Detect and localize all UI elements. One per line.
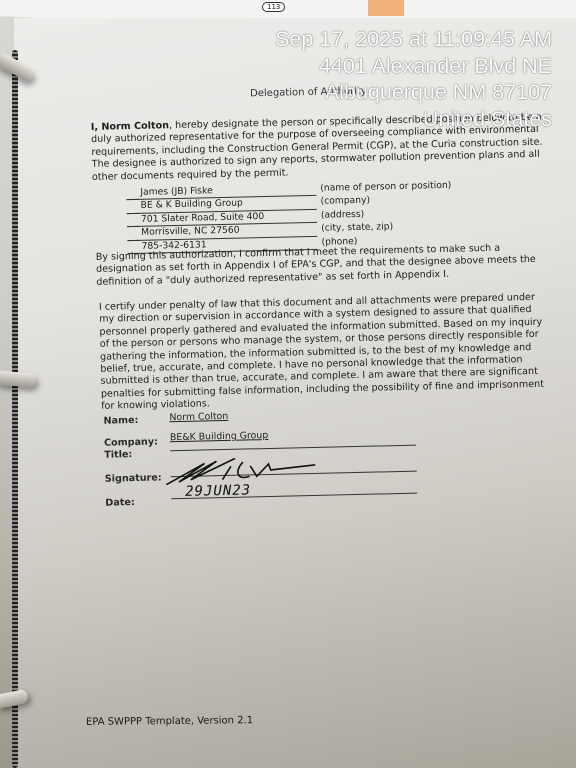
name-value: Norm Colton bbox=[169, 411, 228, 423]
address-line-1: 4401 Alexander Blvd NE bbox=[275, 53, 552, 80]
room-tag: 113 bbox=[262, 2, 285, 12]
designee-fields: James (JB) Fiske (name of person or posi… bbox=[126, 180, 452, 254]
floor-plan-lines bbox=[120, 0, 560, 19]
company-label: Company: bbox=[104, 437, 158, 449]
photo-timestamp-overlay: Sep 17, 2025 at 11:09:45 AM 4401 Alexand… bbox=[275, 26, 552, 132]
floor-plan-highlight bbox=[368, 0, 404, 16]
designee-address-label: (address) bbox=[317, 209, 365, 223]
name-label: Name: bbox=[103, 415, 138, 427]
certification-paragraph: I certify under penalty of law that this… bbox=[99, 292, 553, 414]
document-footer: EPA SWPPP Template, Version 2.1 bbox=[86, 715, 253, 728]
title-label: Title: bbox=[104, 449, 132, 461]
address-line-2: Albuquerque NM 87107 bbox=[275, 79, 552, 106]
designee-city-label: (city, state, zip) bbox=[317, 221, 393, 236]
designee-company-label: (company) bbox=[316, 195, 370, 210]
date-value: 29JUN23 bbox=[185, 482, 251, 499]
timestamp: Sep 17, 2025 at 11:09:45 AM bbox=[275, 26, 552, 53]
country: United States bbox=[275, 106, 552, 133]
binder-ring-icon bbox=[0, 370, 37, 388]
grantor-name: I, Norm Colton bbox=[91, 120, 169, 133]
company-value: BE&K Building Group bbox=[170, 430, 269, 443]
signature-label: Signature: bbox=[105, 472, 162, 484]
binding-spine bbox=[12, 50, 18, 768]
date-label: Date: bbox=[105, 497, 135, 509]
